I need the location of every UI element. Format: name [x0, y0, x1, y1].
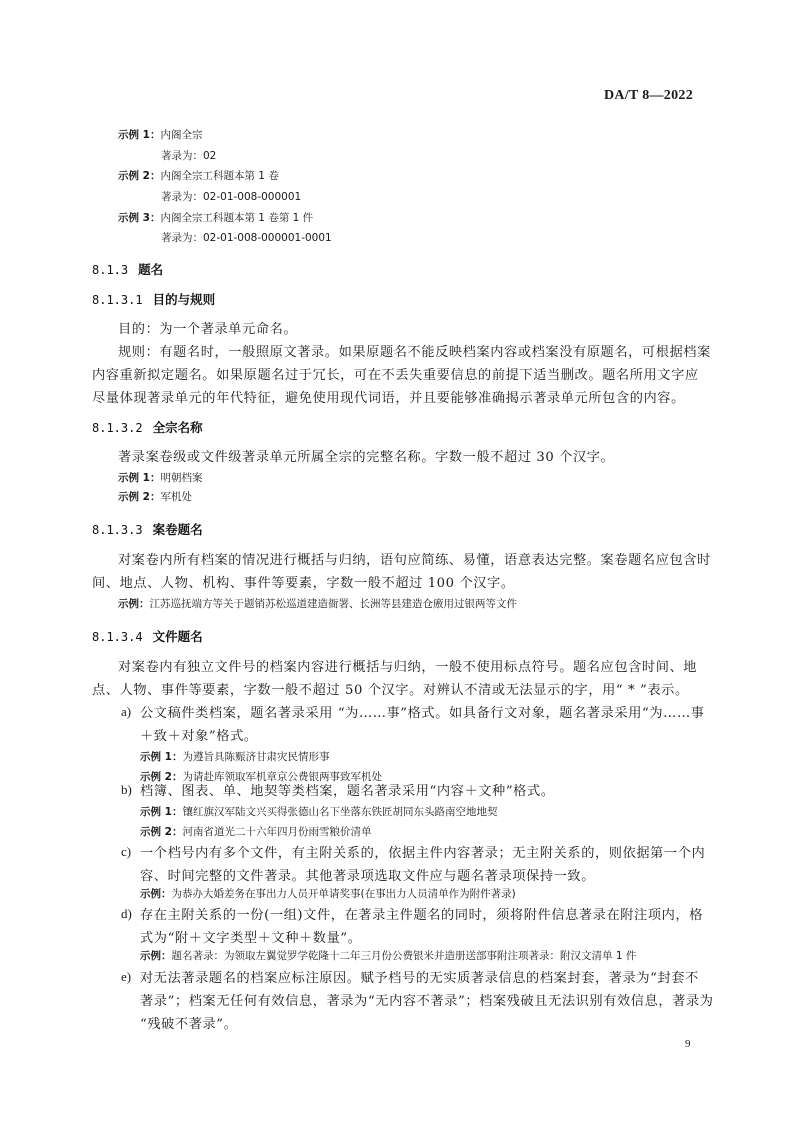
section-heading-8-1-3-1: 8.1.3.1目的与规则: [92, 290, 215, 308]
example-2: 示例 2：内阁全宗工科题本第 1 卷: [118, 168, 279, 183]
list-marker-e: e): [121, 969, 131, 985]
paragraph-file-title-line-1: 对案卷内所有档案的情况进行概括与归纳，语句应简练、易懂，语意表达完整。案卷题名应…: [118, 549, 711, 568]
section-heading-8-1-3: 8.1.3题名: [92, 260, 163, 278]
list-marker-a: a): [121, 704, 131, 720]
paragraph-document-title-line-2: 点、人物、事件等要素，字数一般不超过 50 个汉字。对辨认不清或无法显示的字，用…: [92, 679, 689, 698]
section-title: 案卷题名: [153, 522, 203, 537]
list-marker-b: b): [121, 782, 132, 798]
page-number: 9: [685, 1038, 691, 1050]
example-text: 为遵旨具陈赈济甘肃灾民情形事: [182, 751, 329, 763]
example-text: 内阁全宗工科题本第 1 卷第 1 件: [160, 212, 313, 224]
document-code: DA/T 8—2022: [604, 88, 693, 104]
section-heading-8-1-3-4: 8.1.3.4文件题名: [92, 627, 203, 645]
list-marker-d: d): [121, 906, 132, 922]
item-d-line-1: 存在主附关系的一份(一组)文件，在著录主件题名的同时，须将附件信息著录在附注项内…: [140, 904, 703, 923]
example-text: 为恭办大婚差务在事出力人员开单请奖事(在事出力人员清单作为附件著录): [172, 888, 516, 900]
example-label: 示例 3：: [118, 212, 160, 224]
paragraph-file-title-line-2: 间、地点、人物、机构、事件等要素，字数一般不超过 100 个汉字。: [92, 572, 515, 591]
section-number: 8.1.3.3: [92, 523, 143, 537]
example-2-result: 著录为：02-01-008-000001: [161, 189, 301, 204]
example-text: 镶红旗汉军陆文兴买得张德山名下坐落东铁匠胡同东头路南空地地契: [182, 806, 497, 818]
example-text: 内阁全宗工科题本第 1 卷: [160, 170, 278, 182]
example-label: 示例：: [140, 888, 172, 900]
item-b-example-2: 示例 2：河南省道光二十六年四月份雨雪粮价清单: [140, 824, 371, 839]
example-label: 示例 1：: [140, 806, 182, 818]
paragraph-rule-line-2: 内容重新拟定题名。如果原题名过于冗长，可在不丢失重要信息的前提下适当删改。题名所…: [92, 364, 699, 383]
example-label: 示例：: [140, 950, 172, 962]
item-e-line-2: 著录”；档案无任何有效信息，著录为“无内容不著录”；档案残破且无法识别有效信息，…: [140, 990, 714, 1009]
example-label: 示例 1：: [140, 751, 182, 763]
item-c-line-2: 容、时间完整的文件著录。其他著录项选取文件应与题名著录项保持一致。: [140, 865, 595, 884]
section-title: 全宗名称: [153, 420, 203, 435]
section-number: 8.1.3: [92, 263, 128, 277]
section-number: 8.1.3.4: [92, 630, 143, 644]
paragraph-rule-line-3: 尽量体现著录单元的年代特征，避免使用现代词语，并且要能够准确揭示著录单元所包含的…: [92, 387, 685, 406]
section-number: 8.1.3.2: [92, 421, 143, 435]
example-3-result: 著录为：02-01-008-000001-0001: [161, 230, 332, 245]
example-label: 示例 1：: [118, 129, 160, 141]
paragraph-rule-line-1: 规则：有题名时，一般照原文著录。如果原题名不能反映档案内容或档案没有原题名，可根…: [118, 341, 711, 360]
section-heading-8-1-3-2: 8.1.3.2全宗名称: [92, 418, 203, 436]
example-fonds-2: 示例 2：军机处: [118, 489, 192, 504]
example-1: 示例 1：内阁全宗: [118, 127, 202, 142]
section-number: 8.1.3.1: [92, 293, 143, 307]
example-label: 示例 2：: [118, 491, 160, 503]
section-heading-8-1-3-3: 8.1.3.3案卷题名: [92, 520, 203, 538]
paragraph-fonds-name: 著录案卷级或文件级著录单元所属全宗的完整名称。字数一般不超过 30 个汉字。: [118, 446, 614, 465]
list-marker-c: c): [121, 844, 131, 860]
example-label: 示例 1：: [118, 472, 160, 484]
example-text: 江苏巡抚端方等关于题销苏松巡道建造衙署、长洲等县建造仓廒用过银两等文件: [150, 598, 518, 610]
item-a-line-2: ＋致＋对象”格式。: [140, 725, 258, 744]
example-text: 明朝档案: [160, 472, 202, 484]
item-d-line-2: 式为“附＋文字类型＋文种＋数量”。: [140, 927, 362, 946]
item-e-line-3: “残破不著录”。: [140, 1013, 237, 1032]
item-c-example: 示例：为恭办大婚差务在事出力人员开单请奖事(在事出力人员清单作为附件著录): [140, 886, 516, 901]
item-a-example-1: 示例 1：为遵旨具陈赈济甘肃灾民情形事: [140, 749, 329, 764]
item-b-line-1: 档簿、图表、单、地契等类档案，题名著录采用“内容＋文种”格式。: [140, 780, 555, 799]
section-title: 文件题名: [153, 629, 203, 644]
example-file-title: 示例：江苏巡抚端方等关于题销苏松巡道建造衙署、长洲等县建造仓廒用过银两等文件: [118, 596, 517, 611]
example-label: 示例 2：: [140, 826, 182, 838]
item-b-example-1: 示例 1：镶红旗汉军陆文兴买得张德山名下坐落东铁匠胡同东头路南空地地契: [140, 804, 497, 819]
paragraph-purpose: 目的：为一个著录单元命名。: [118, 318, 297, 337]
example-text: 题名著录：为领取左翼觉罗学乾隆十二年三月份公费银米并造册送部事附注项著录：附汉文…: [172, 950, 637, 962]
item-c-line-1: 一个档号内有多个文件，有主附关系的，依据主件内容著录；无主附关系的，则依据第一个…: [140, 842, 705, 861]
example-label: 示例 2：: [118, 170, 160, 182]
example-text: 河南省道光二十六年四月份雨雪粮价清单: [182, 826, 371, 838]
section-title: 题名: [138, 262, 163, 277]
example-3: 示例 3：内阁全宗工科题本第 1 卷第 1 件: [118, 210, 313, 225]
item-a-line-1: 公文稿件类档案，题名著录采用 “为……事”格式。如具备行文对象，题名著录采用“为…: [140, 702, 705, 721]
example-label: 示例：: [118, 598, 150, 610]
item-e-line-1: 对无法著录题名的档案应标注原因。赋予档号的无实质著录信息的档案封套，著录为“封套…: [140, 967, 699, 986]
item-d-example: 示例：题名著录：为领取左翼觉罗学乾隆十二年三月份公费银米并造册送部事附注项著录：…: [140, 948, 636, 963]
section-title: 目的与规则: [153, 292, 216, 307]
paragraph-document-title-line-1: 对案卷内有独立文件号的档案内容进行概括与归纳，一般不使用标点符号。题名应包含时间…: [118, 656, 697, 675]
example-text: 内阁全宗: [160, 129, 202, 141]
example-1-result: 著录为：02: [161, 148, 216, 163]
example-text: 军机处: [160, 491, 192, 503]
example-fonds-1: 示例 1：明朝档案: [118, 470, 202, 485]
